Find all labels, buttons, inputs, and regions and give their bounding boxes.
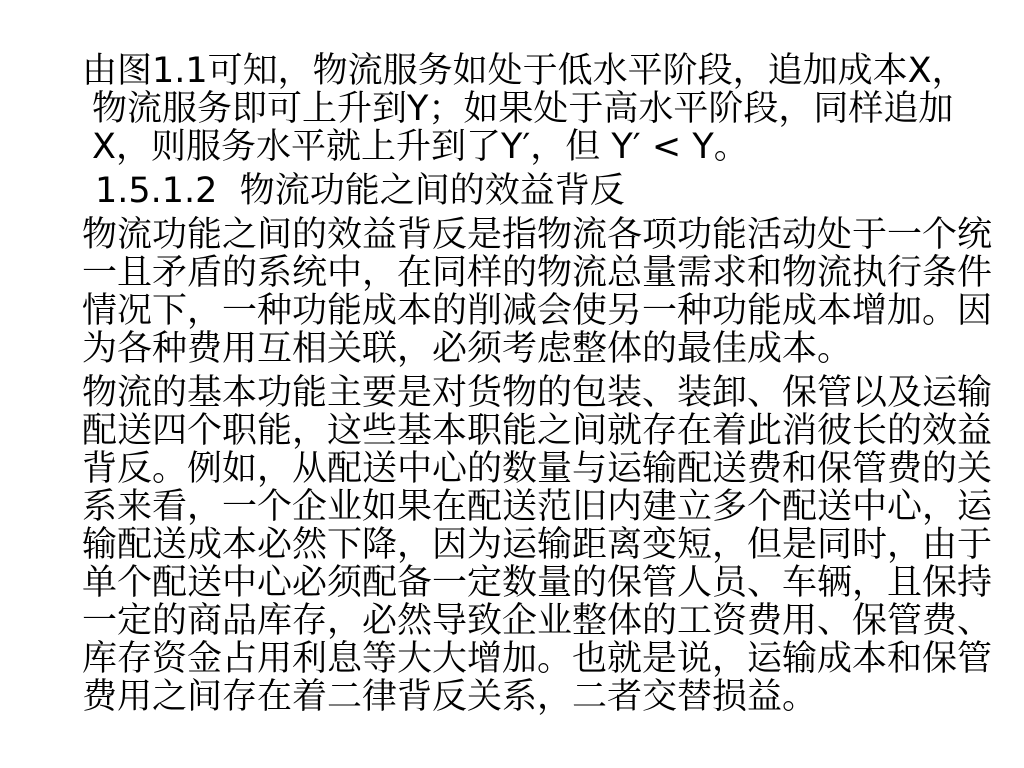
slide-canvas: 由图1.1可知，物流服务如处于低水平阶段，追加成本X，物流服务即可上升到Y；如果… (0, 0, 1024, 768)
definition-paragraph: 物流功能之间的效益背反是指物流各项功能活动处于一个统一且矛盾的系统中，在同样的物… (82, 216, 996, 368)
example-paragraph: 物流的基本功能主要是对货物的包装、装卸、保管以及运输配送四个职能，这些基本职能之… (82, 374, 996, 716)
intro-paragraph: 由图1.1可知，物流服务如处于低水平阶段，追加成本X，物流服务即可上升到Y；如果… (82, 52, 996, 166)
section-heading: 1.5.1.2 物流功能之间的效益背反 (82, 172, 996, 210)
